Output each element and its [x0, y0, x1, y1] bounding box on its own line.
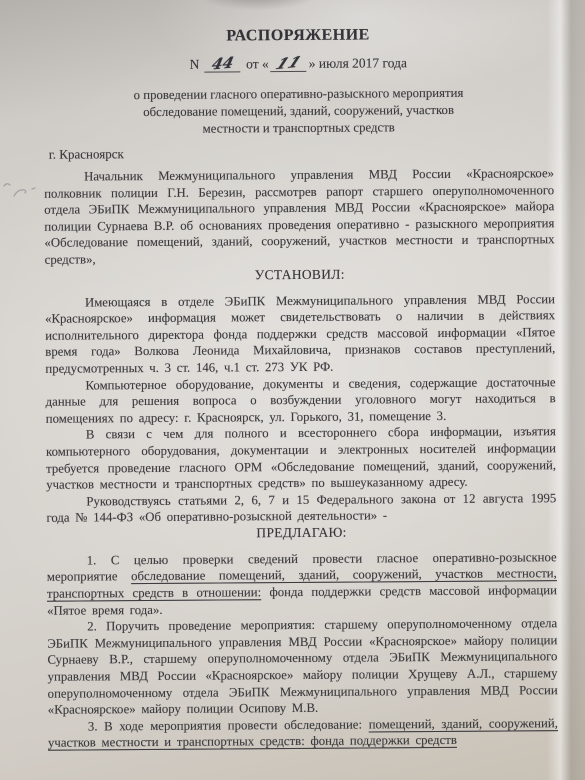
- document-sheet: РАСПОРЯЖЕНИЕ N 44 от «11» июля 2017 года…: [0, 0, 585, 780]
- order-item-2-text: 2. Поручить проведение мероприятия: стар…: [47, 616, 557, 717]
- number-prefix: N: [190, 57, 200, 72]
- day-blank: 11: [271, 56, 307, 72]
- number-middle: от «: [246, 56, 269, 71]
- ustanovil-paragraph: В связи с чем для полного и всестороннег…: [46, 423, 556, 493]
- document-number-line: N 44 от «11» июля 2017 года: [43, 52, 553, 76]
- order-item-2: 2. Поручить проведение мероприятия: стар…: [47, 615, 558, 718]
- order-item-1: 1. С целью проверки сведений провести гл…: [47, 549, 557, 619]
- order-item-3: 3. В ходе мероприятия провести обследова…: [48, 715, 558, 752]
- ustanovil-paragraph: Имеющаяся в отделе ЭБиПК Межмуниципально…: [45, 291, 556, 378]
- document-title: РАСПОРЯЖЕНИЕ: [43, 24, 553, 48]
- ustanovil-heading: УСТАНОВИЛ:: [45, 265, 555, 285]
- order-item-3-text: 3. В ходе мероприятия провести обследова…: [88, 717, 369, 733]
- ustanovil-paragraph: Компьютерное оборудование, документы и с…: [45, 374, 555, 427]
- photo-background: РАСПОРЯЖЕНИЕ N 44 от «11» июля 2017 года…: [0, 0, 585, 780]
- city-label: г. Красноярск: [49, 143, 554, 163]
- number-blank: 44: [205, 56, 241, 72]
- intro-paragraph: Начальник Межмуниципального управления М…: [44, 165, 555, 268]
- document-subtitle: о проведении гласного оперативно-разыскн…: [43, 84, 553, 139]
- ustanovil-paragraph: Руководствуясь статьями 2, 6, 7 и 15 Фед…: [46, 490, 556, 527]
- subtitle-line: местности и транспортных средств: [44, 118, 554, 139]
- handwritten-number: 44: [210, 56, 235, 73]
- number-suffix: » июля 2017 года: [309, 55, 407, 71]
- handwritten-day: 11: [273, 55, 304, 73]
